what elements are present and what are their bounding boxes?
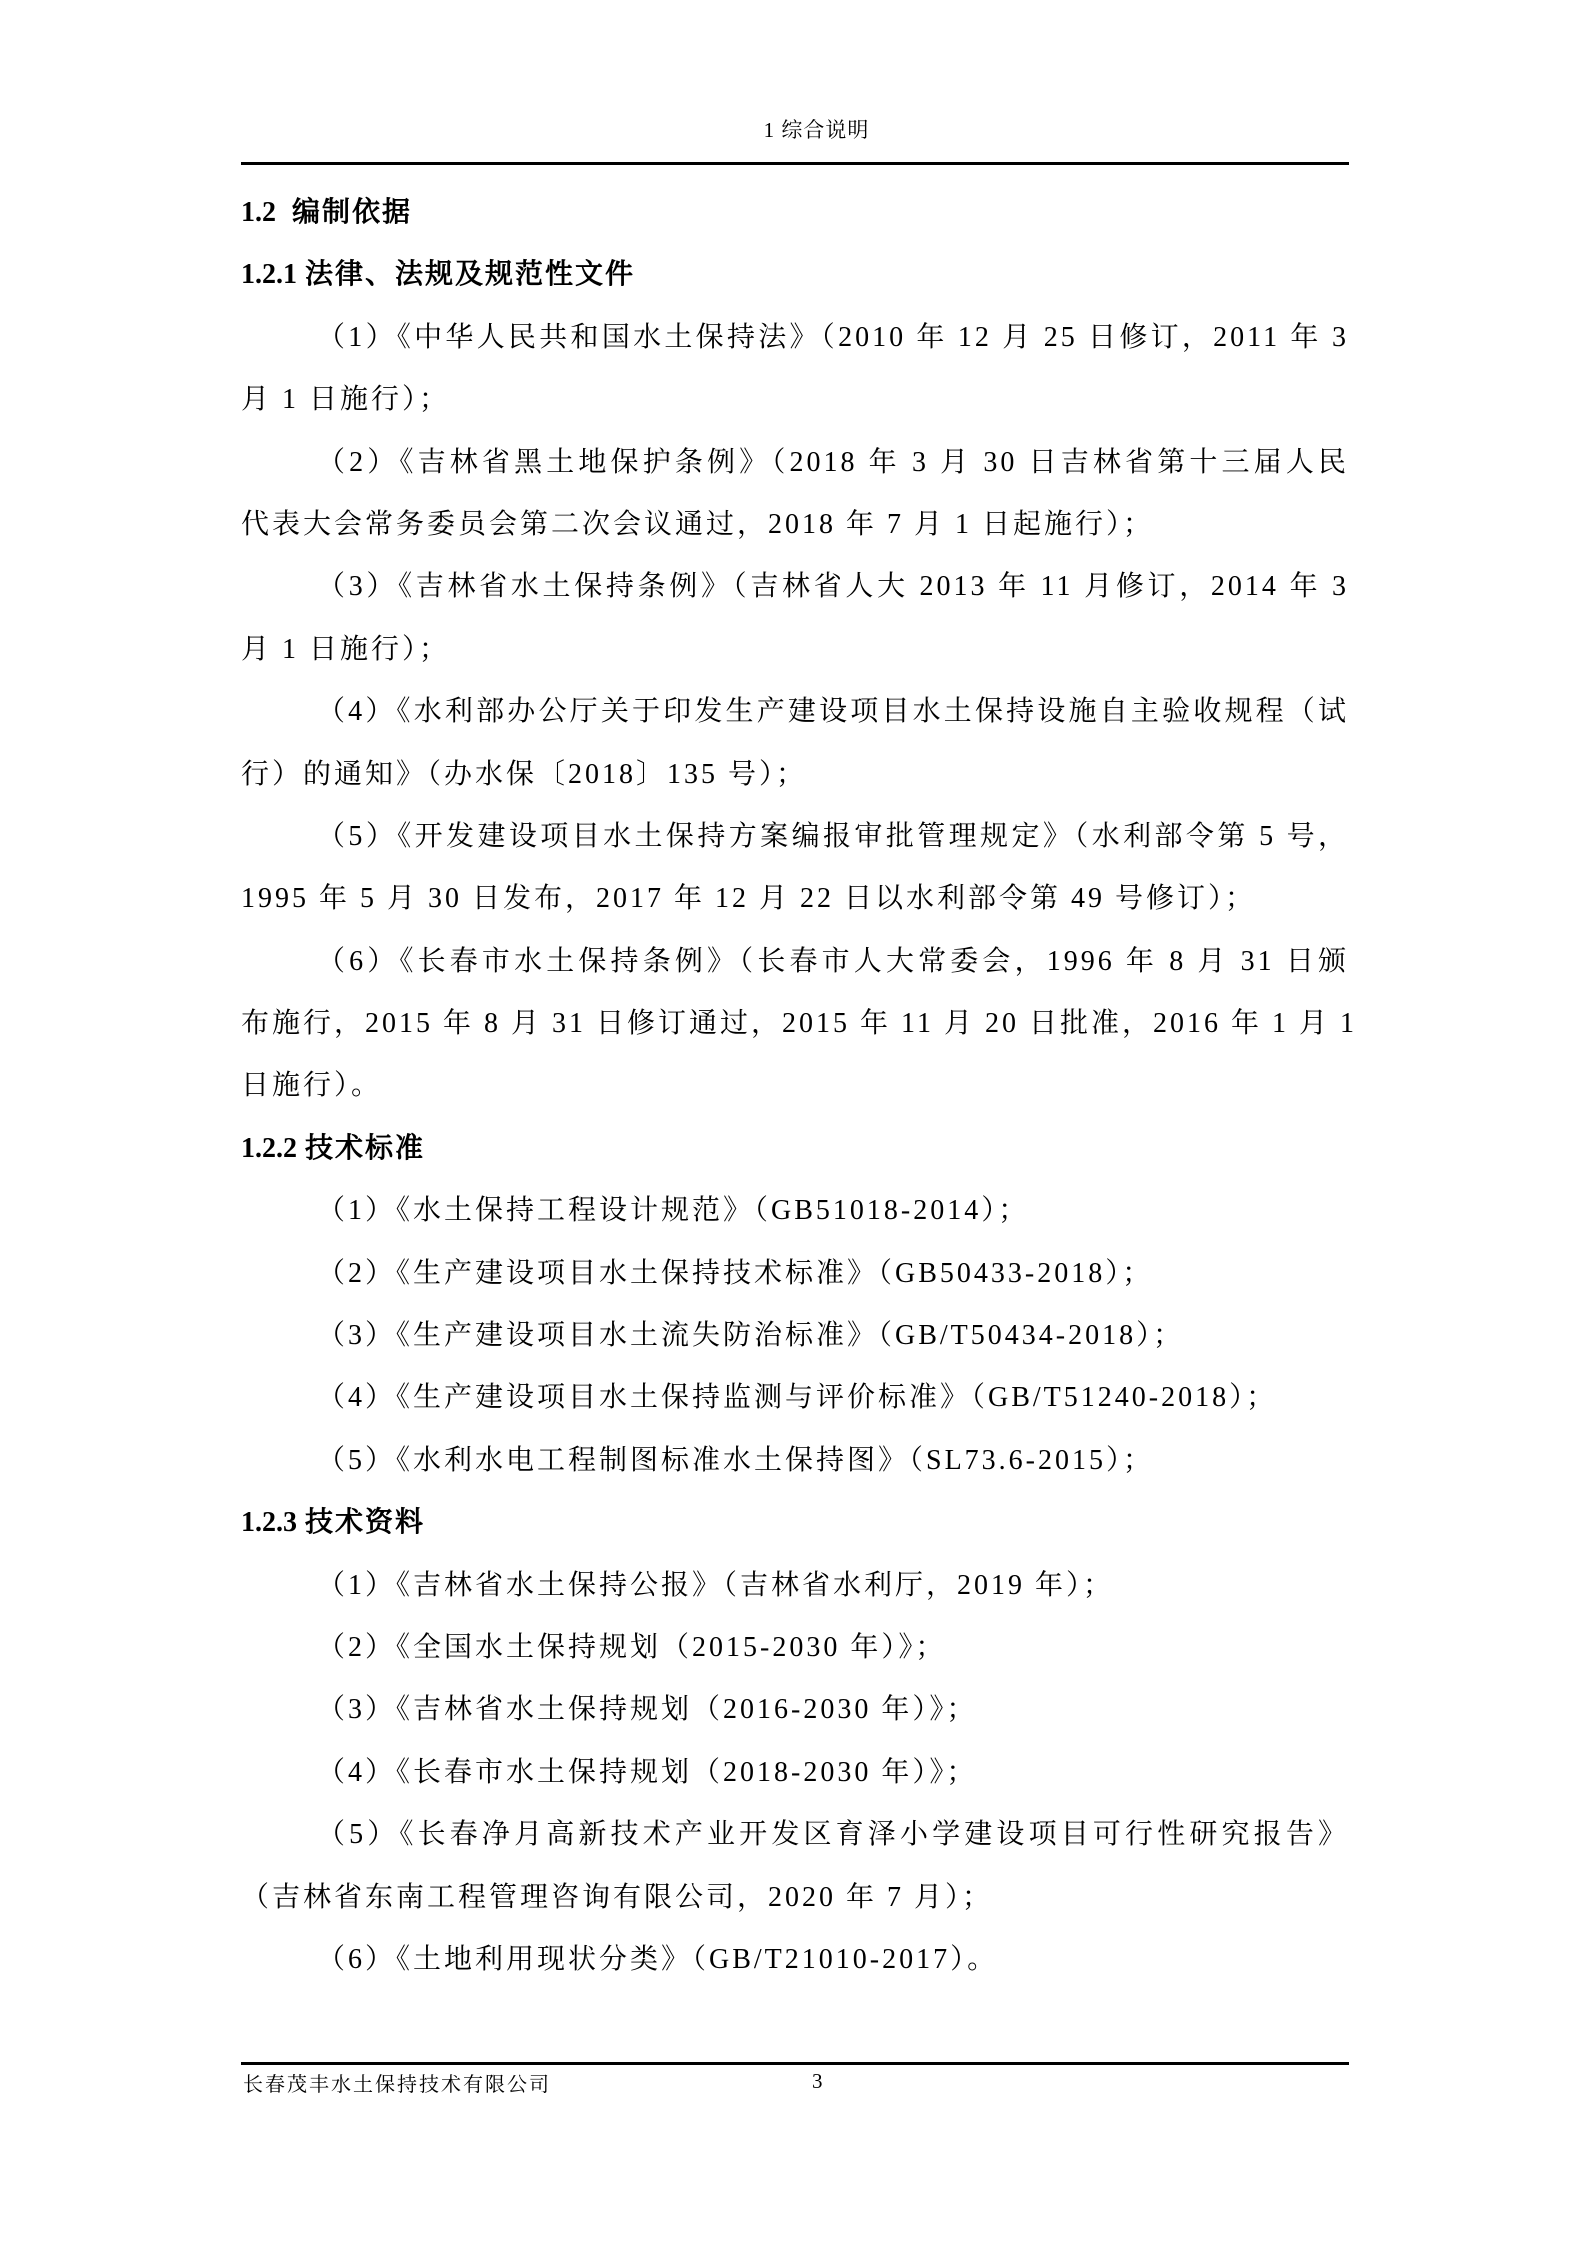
section-heading: 1.2编制依据 (241, 182, 1349, 244)
reference-line: （1）《吉林省水土保持公报》（吉林省水利厅，2019 年）； (241, 1555, 1349, 1617)
subsection-title: 技术标准 (305, 1133, 425, 1164)
section-title: 编制依据 (292, 197, 412, 228)
running-title: 1 综合说明 (0, 116, 1587, 144)
reference-line: 月 1 日施行）； (241, 619, 1349, 681)
reference-line: （1）《水土保持工程设计规范》（GB51018-2014）； (241, 1180, 1349, 1242)
reference-line: 1995 年 5 月 30 日发布，2017 年 12 月 22 日以水利部令第… (241, 868, 1349, 930)
subsections: 1.2.1法律、法规及规范性文件（1）《中华人民共和国水土保持法》（2010 年… (241, 244, 1349, 1991)
header-rule (241, 162, 1349, 165)
subsection-heading: 1.2.3技术资料 (241, 1492, 1349, 1554)
reference-line: （4）《生产建设项目水土保持监测与评价标准》（GB/T51240-2018）； (241, 1367, 1349, 1429)
subsection-title: 法律、法规及规范性文件 (305, 259, 635, 290)
subsection-title: 技术资料 (305, 1507, 425, 1538)
document-body: 1.2编制依据 1.2.1法律、法规及规范性文件（1）《中华人民共和国水土保持法… (241, 182, 1349, 1991)
subsection-heading: 1.2.1法律、法规及规范性文件 (241, 244, 1349, 306)
reference-line: （6）《长春市水土保持条例》（长春市人大常委会，1996 年 8 月 31 日颁 (241, 931, 1349, 993)
page-number: 3 (812, 2067, 823, 2095)
reference-line: 月 1 日施行）； (241, 369, 1349, 431)
reference-line: （吉林省东南工程管理咨询有限公司，2020 年 7 月）； (241, 1867, 1349, 1929)
reference-line: （5）《长春净月高新技术产业开发区育泽小学建设项目可行性研究报告》 (241, 1804, 1349, 1866)
reference-line: （3）《吉林省水土保持规划（2016-2030 年）》； (241, 1679, 1349, 1741)
subsection-number: 1.2.3 (241, 1507, 297, 1538)
reference-line: （2）《吉林省黑土地保护条例》（2018 年 3 月 30 日吉林省第十三届人民 (241, 432, 1349, 494)
subsection-number: 1.2.2 (241, 1133, 297, 1164)
section-number: 1.2 (241, 197, 276, 228)
subsection-heading: 1.2.2技术标准 (241, 1118, 1349, 1180)
reference-line: （5）《水利水电工程制图标准水土保持图》（SL73.6-2015）； (241, 1430, 1349, 1492)
footer-rule (241, 2062, 1349, 2065)
reference-line: （3）《吉林省水土保持条例》（吉林省人大 2013 年 11 月修订，2014 … (241, 556, 1349, 618)
subsection-number: 1.2.1 (241, 259, 297, 290)
reference-line: （4）《水利部办公厅关于印发生产建设项目水土保持设施自主验收规程（试 (241, 681, 1349, 743)
reference-line: （2）《生产建设项目水土保持技术标准》（GB50433-2018）； (241, 1243, 1349, 1305)
reference-line: 行）的通知》（办水保〔2018〕135 号）； (241, 744, 1349, 806)
reference-line: （4）《长春市水土保持规划（2018-2030 年）》； (241, 1742, 1349, 1804)
reference-line: （2）《全国水土保持规划（2015-2030 年）》； (241, 1617, 1349, 1679)
reference-line: （1）《中华人民共和国水土保持法》（2010 年 12 月 25 日修订，201… (241, 307, 1349, 369)
reference-line: （5）《开发建设项目水土保持方案编报审批管理规定》（水利部令第 5 号， (241, 806, 1349, 868)
footer-company-name: 长春茂丰水土保持技术有限公司 (243, 2071, 551, 2099)
reference-line: （3）《生产建设项目水土流失防治标准》（GB/T50434-2018）； (241, 1305, 1349, 1367)
reference-line: 代表大会常务委员会第二次会议通过，2018 年 7 月 1 日起施行）； (241, 494, 1349, 556)
reference-line: （6）《土地利用现状分类》（GB/T21010-2017）。 (241, 1929, 1349, 1991)
reference-line: 布施行，2015 年 8 月 31 日修订通过，2015 年 11 月 20 日… (241, 993, 1349, 1055)
reference-line: 日施行）。 (241, 1055, 1349, 1117)
